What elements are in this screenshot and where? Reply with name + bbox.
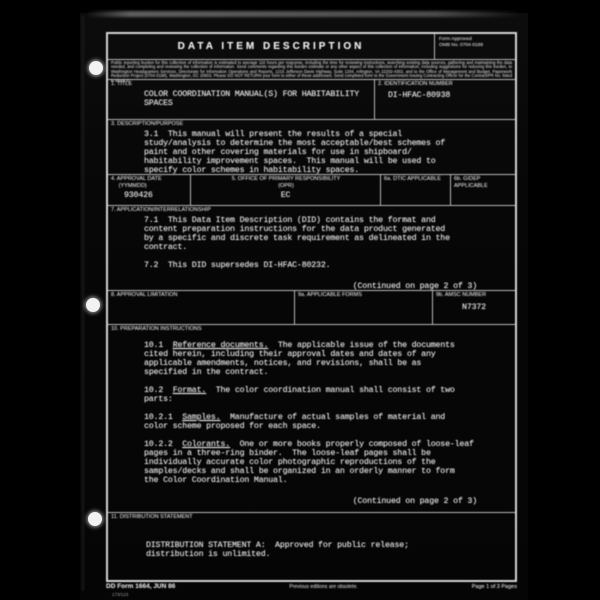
paragraph-3-1: 3.1 This manual will present the results… <box>144 130 481 175</box>
omb-box: Form Approved OMB No. 0704-0188 <box>434 34 515 59</box>
identification-field: 2. IDENTIFICATION NUMBER DI-HFAC-80938 <box>374 80 515 119</box>
opr-value: EC <box>191 191 380 200</box>
distribution-cell: 11. DISTRIBUTION STATEMENT DISTRIBUTION … <box>108 513 515 580</box>
paragraph-10-2-1-number: 10.2.1 <box>144 413 182 422</box>
document-scan: DATA ITEM DESCRIPTION Form Approved OMB … <box>0 0 600 600</box>
title-label: 1. TITLE <box>108 80 374 88</box>
paragraph-10-2-number: 10.2 <box>144 386 173 395</box>
form-number: DD Form 1664, JUN 86 <box>106 583 175 590</box>
dtic-applicable-field: 6a. DTIC APPLICABLE <box>380 175 450 205</box>
application-label: 7. APPLICATION/INTERRELATIONSHIP <box>108 206 515 214</box>
gidep-applicable-field: 6b. GIDEP APPLICABLE <box>450 175 515 205</box>
title-identification-row: 1. TITLE COLOR COORDINATION MANUAL(S) FO… <box>108 79 515 119</box>
paragraph-10-1-number: 10.1 <box>144 341 173 350</box>
distribution-section: 11. DISTRIBUTION STATEMENT DISTRIBUTION … <box>108 512 515 580</box>
paragraph-10-2-2: 10.2.2 Colorants. One or more books prop… <box>144 440 481 485</box>
paper-left-edge <box>82 16 84 591</box>
form-title-cell: DATA ITEM DESCRIPTION <box>108 34 434 59</box>
title-field: 1. TITLE COLOR COORDINATION MANUAL(S) FO… <box>108 80 374 119</box>
approval-opr-row: 4. APPROVAL DATE (YYMMDD) 930426 5. OFFI… <box>108 174 515 205</box>
approval-date-label: 4. APPROVAL DATE (YYMMDD) <box>108 175 190 189</box>
opr-field: 5. OFFICE OF PRIMARY RESPONSIBILITY (OPR… <box>190 175 380 205</box>
preparation-cell: 10. PREPARATION INSTRUCTIONS 10.1 Refere… <box>108 325 515 512</box>
burden-statement-cell: Public reporting burden for this collect… <box>108 60 515 79</box>
paragraph-10-2-heading: Format. <box>173 386 206 395</box>
gidep-applicable-label: 6b. GIDEP APPLICABLE <box>451 175 515 189</box>
description-section: 3. DESCRIPTION/PURPOSE 3.1 This manual w… <box>108 119 515 174</box>
description-cell: 3. DESCRIPTION/PURPOSE 3.1 This manual w… <box>108 120 515 174</box>
application-cell: 7. APPLICATION/INTERRELATIONSHIP 7.1 Thi… <box>108 206 515 290</box>
paragraph-10-2-1-heading: Samples. <box>182 413 220 422</box>
limitation-forms-amsc-row: 8. APPROVAL LIMITATION 9a. APPLICABLE FO… <box>108 290 515 324</box>
amsc-number-label: 9b. AMSC NUMBER <box>433 291 515 299</box>
paragraph-10-1-heading: Reference documents. <box>173 341 269 350</box>
form-header-row: DATA ITEM DESCRIPTION Form Approved OMB … <box>108 34 515 59</box>
opr-label: 5. OFFICE OF PRIMARY RESPONSIBILITY (OPR… <box>191 175 380 189</box>
dtic-applicable-label: 6a. DTIC APPLICABLE <box>381 175 450 183</box>
did-form: DATA ITEM DESCRIPTION Form Approved OMB … <box>106 32 517 582</box>
paragraph-10-2-1: 10.2.1 Samples. Manufacture of actual sa… <box>144 413 481 431</box>
hole-punch-top <box>89 61 103 75</box>
applicable-forms-label: 9a. APPLICABLE FORMS <box>295 291 432 299</box>
application-section: 7. APPLICATION/INTERRELATIONSHIP 7.1 Thi… <box>108 205 515 290</box>
amsc-number-value: N7372 <box>433 303 515 312</box>
form-footer: DD Form 1664, JUN 86 Previous editions a… <box>106 583 517 590</box>
amsc-number-field: 9b. AMSC NUMBER N7372 <box>432 291 515 324</box>
paragraph-7-1: 7.1 This Data Item Description (DID) con… <box>144 216 481 252</box>
title-value: COLOR COORDINATION MANUAL(S) FOR HABITAB… <box>144 90 374 108</box>
paragraph-10-2-2-number: 10.2.2 <box>144 440 182 449</box>
paragraph-7-2: 7.2 This DID supersedes DI-HFAC-80232. <box>144 261 481 270</box>
form-title: DATA ITEM DESCRIPTION <box>108 34 434 59</box>
approval-date-field: 4. APPROVAL DATE (YYMMDD) 930426 <box>108 175 190 205</box>
paragraph-10-2: 10.2 Format. The color coordination manu… <box>144 386 481 404</box>
applicable-forms-field: 9a. APPLICABLE FORMS <box>294 291 432 324</box>
page-indicator: Page 1 of 3 Pages <box>472 584 517 590</box>
hole-punch-bottom <box>88 512 102 526</box>
preparation-label: 10. PREPARATION INSTRUCTIONS <box>108 325 515 333</box>
approval-limitation-field: 8. APPROVAL LIMITATION <box>108 291 294 324</box>
paragraph-10-2-2-heading: Colorants. <box>182 440 230 449</box>
print-code: 173/123 <box>112 592 128 597</box>
omb-number-line: OMB No. 0704-0188 <box>439 43 513 49</box>
continued-note-10: (Continued on page 2 of 3) <box>144 497 481 506</box>
hole-punch-middle <box>86 298 100 312</box>
paper-top-edge <box>86 11 522 17</box>
description-label: 3. DESCRIPTION/PURPOSE <box>108 120 515 128</box>
paragraph-10-1: 10.1 Reference documents. The applicable… <box>144 341 481 377</box>
distribution-statement: DISTRIBUTION STATEMENT A: Approved for p… <box>146 541 515 559</box>
previous-editions-note: Previous editions are obsolete. <box>289 584 357 590</box>
preparation-section: 10. PREPARATION INSTRUCTIONS 10.1 Refere… <box>108 324 515 512</box>
approval-limitation-label: 8. APPROVAL LIMITATION <box>108 291 294 299</box>
approval-date-value: 930426 <box>124 191 190 200</box>
identification-value: DI-HFAC-80938 <box>388 91 515 100</box>
burden-statement-row: Public reporting burden for this collect… <box>108 59 515 79</box>
identification-label: 2. IDENTIFICATION NUMBER <box>375 80 515 88</box>
distribution-label: 11. DISTRIBUTION STATEMENT <box>108 513 515 521</box>
